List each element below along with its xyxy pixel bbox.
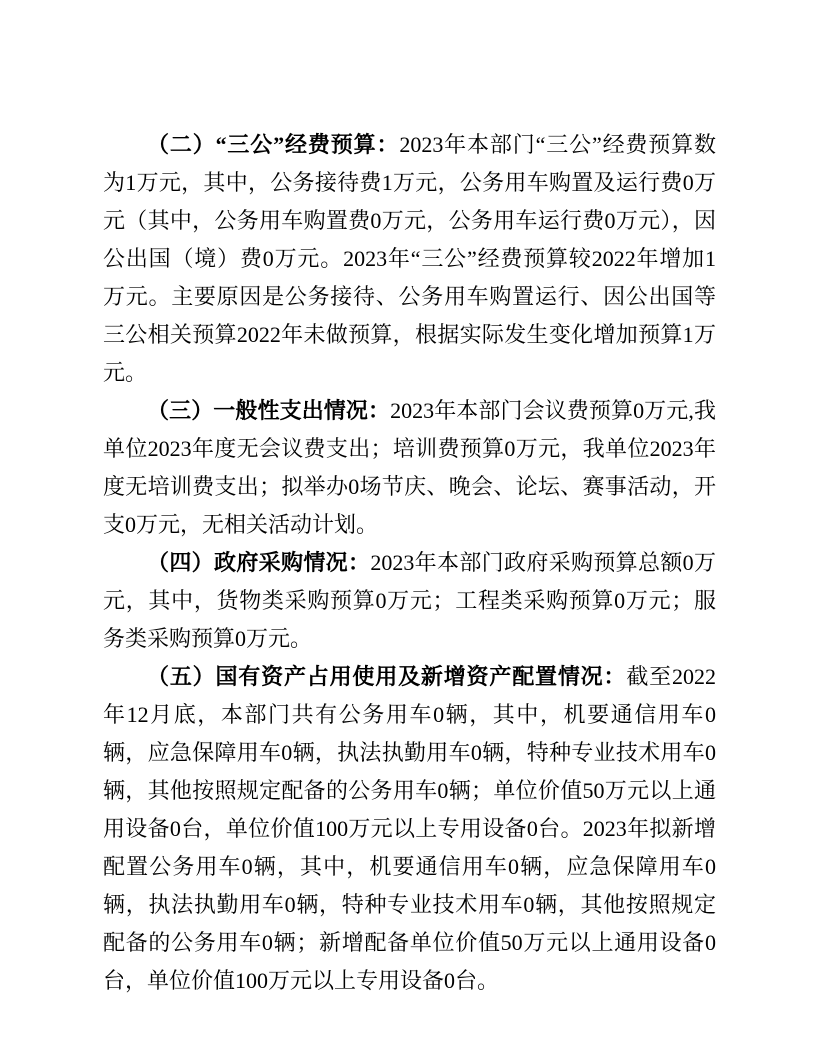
paragraph-body: 截至2022年12月底，本部门共有公务用车0辆，其中，机要通信用车0辆，应急保障… xyxy=(103,664,716,993)
document-page: （二）“三公”经费预算：2023年本部门“三公”经费预算数为1万元，其中，公务接… xyxy=(0,0,816,1056)
paragraph-heading: （三）一般性支出情况： xyxy=(147,398,390,423)
paragraph-state-assets: （五）国有资产占用使用及新增资产配置情况：截至2022年12月底，本部门共有公务… xyxy=(103,658,716,1000)
paragraph-body: 2023年本部门“三公”经费预算数为1万元，其中，公务接待费1万元，公务用车购置… xyxy=(103,132,716,385)
paragraph-heading: （四）政府采购情况： xyxy=(147,550,370,575)
paragraph-general-expenditure: （三）一般性支出情况：2023年本部门会议费预算0万元,我单位2023年度无会议… xyxy=(103,392,716,544)
paragraph-heading: （五）国有资产占用使用及新增资产配置情况： xyxy=(147,664,626,689)
paragraph-heading: （二）“三公”经费预算： xyxy=(147,132,399,157)
paragraph-government-procurement: （四）政府采购情况：2023年本部门政府采购预算总额0万元，其中，货物类采购预算… xyxy=(103,544,716,658)
paragraph-sangong-budget: （二）“三公”经费预算：2023年本部门“三公”经费预算数为1万元，其中，公务接… xyxy=(103,126,716,392)
